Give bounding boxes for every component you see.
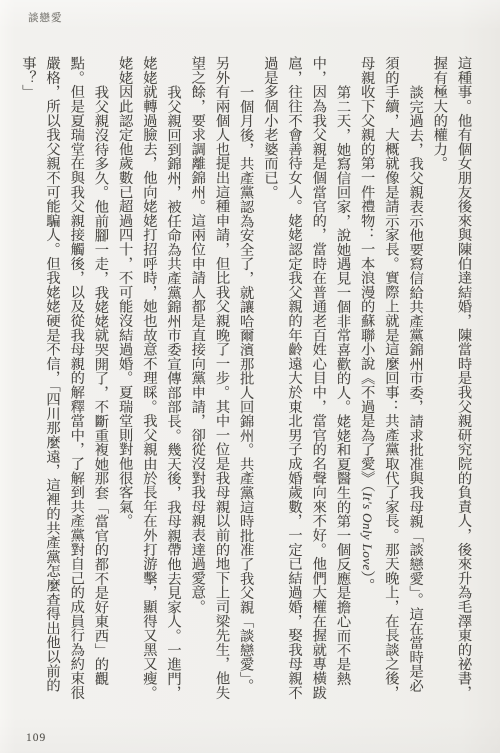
body-text: 這種事。他有個女朋友後來與陳伯達結婚，陳當時是我父親研究院的負責人，後來升為毛澤… (16, 56, 476, 706)
paragraph-1: 這種事。他有個女朋友後來與陳伯達結婚，陳當時是我父親研究院的負責人，後來升為毛澤… (428, 56, 476, 706)
english-book-title: It's Only Love (360, 492, 375, 570)
paragraph-6: 我父親沒待多久。他前腳一走，我姥姥就哭開了，不斷重複她那套「當官的都不是好東西」… (16, 56, 113, 706)
paragraph-5: 我父親回到錦州，被任命為共產黨錦州市委宣傳部部長。幾天後，我母親帶他去見家人。一… (113, 56, 186, 706)
paragraph-3: 第二天，她寫信回家，說她遇見一個非常喜歡的人。姥姥和夏醫生的第一個反應是擔心而不… (258, 56, 355, 706)
book-page: 談戀愛 這種事。他有個女朋友後來與陳伯達結婚，陳當時是我父親研究院的負責人，後來… (0, 0, 500, 753)
page-number: 109 (26, 732, 46, 744)
paragraph-4: 一個月後，共產黨認為安全了，就讓哈爾濱那批人回錦州。共產黨這時批准了我父親「談戀… (186, 56, 259, 706)
paragraph-2: 談完過去，我父親表示他要寫信給共產黨錦州市委，請求批准與我母親「談戀愛」。這在當… (355, 56, 428, 706)
paragraph-2-chinese-pre: 談完過去，我父親表示他要寫信給共產黨錦州市委，請求批准與我母親「談戀愛」。這在當… (359, 56, 423, 700)
running-header: 談戀愛 (28, 10, 63, 25)
paragraph-2-chinese-post: ）。 (359, 571, 375, 592)
